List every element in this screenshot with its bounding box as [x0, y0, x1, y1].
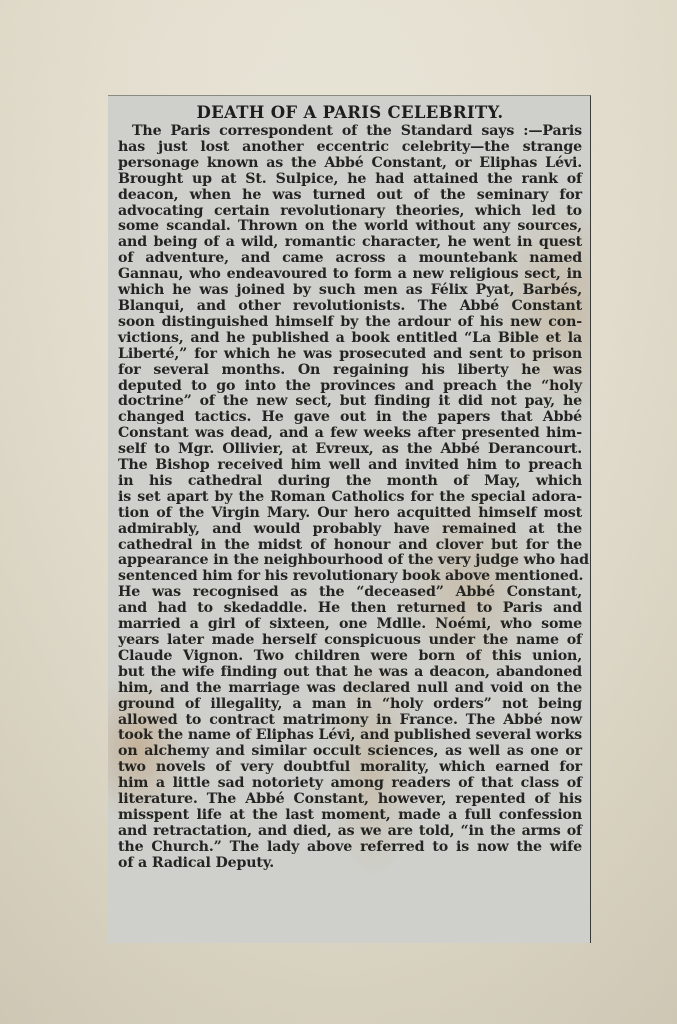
text-line: two novels of very doubtful morality, wh…	[118, 760, 582, 776]
text-line: He was recognised as the “deceased” Abbé…	[118, 585, 582, 601]
text-line: and retractation, and died, as we are to…	[118, 824, 582, 840]
newspaper-clipping: DEATH OF A PARIS CELEBRITY. The Paris co…	[108, 95, 591, 943]
text-line: is set apart by the Roman Catholics for …	[118, 490, 582, 506]
text-line: doctrine” of the new sect, but finding i…	[118, 394, 582, 410]
text-line: on alchemy and similar occult sciences, …	[118, 744, 582, 760]
text-line: for several months. On regaining his lib…	[118, 363, 582, 379]
text-line: Gannau, who endeavoured to form a new re…	[118, 267, 582, 283]
text-line: ground of illegality, a man in “holy ord…	[118, 697, 582, 713]
text-line: literature. The Abbé Constant, however, …	[118, 792, 582, 808]
text-line: deacon, when he was turned out of the se…	[118, 188, 582, 204]
text-line: The Paris correspondent of the Standard …	[118, 124, 582, 140]
text-line: years later made herself conspicuous und…	[118, 633, 582, 649]
text-line: appearance in the neighbourhood of the v…	[118, 553, 582, 569]
text-line: tion of the Virgin Mary. Our hero acquit…	[118, 506, 582, 522]
text-line: and being of a wild, romantic character,…	[118, 235, 582, 251]
text-line: misspent life at the last moment, made a…	[118, 808, 582, 824]
text-line: Brought up at St. Sulpice, he had attain…	[118, 172, 582, 188]
text-line: soon distinguished himself by the ardour…	[118, 315, 582, 331]
text-line: admirably, and would probably have remai…	[118, 522, 582, 538]
text-line: took the name of Eliphas Lévi, and publi…	[118, 728, 582, 744]
text-line: Liberté,” for which he was prosecuted an…	[118, 347, 582, 363]
text-line: the Church.” The lady above referred to …	[118, 840, 582, 856]
text-line: self to Mgr. Ollivier, at Evreux, as the…	[118, 442, 582, 458]
text-line: Blanqui, and other revolutionists. The A…	[118, 299, 582, 315]
headline: DEATH OF A PARIS CELEBRITY.	[118, 104, 582, 122]
text-line: allowed to contract matrimony in France.…	[118, 713, 582, 729]
article-body: The Paris correspondent of the Standard …	[118, 124, 582, 872]
text-line: in his cathedral during the month of May…	[118, 474, 582, 490]
text-line: of adventure, and came across a mounteba…	[118, 251, 582, 267]
text-line: victions, and he published a book entitl…	[118, 331, 582, 347]
text-line: personage known as the Abbé Constant, or…	[118, 156, 582, 172]
text-line: some scandal. Thrown on the world withou…	[118, 219, 582, 235]
text-line: advocating certain revolutionary theorie…	[118, 204, 582, 220]
text-line: and had to skedaddle. He then returned t…	[118, 601, 582, 617]
text-line: married a girl of sixteen, one Mdlle. No…	[118, 617, 582, 633]
text-line: has just lost another eccentric celebrit…	[118, 140, 582, 156]
text-line: cathedral in the midst of honour and clo…	[118, 538, 582, 554]
text-line: deputed to go into the provinces and pre…	[118, 379, 582, 395]
text-line: Constant was dead, and a few weeks after…	[118, 426, 582, 442]
text-line: but the wife finding out that he was a d…	[118, 665, 582, 681]
text-line: him a little sad notoriety among readers…	[118, 776, 582, 792]
text-line: sentenced him for his revolutionary book…	[118, 569, 582, 585]
text-line: of a Radical Deputy.	[118, 856, 582, 872]
text-line: him, and the marriage was declared null …	[118, 681, 582, 697]
text-line: The Bishop received him well and invited…	[118, 458, 582, 474]
text-line: Claude Vignon. Two children were born of…	[118, 649, 582, 665]
text-line: changed tactics. He gave out in the pape…	[118, 410, 582, 426]
text-line: which he was joined by such men as Félix…	[118, 283, 582, 299]
